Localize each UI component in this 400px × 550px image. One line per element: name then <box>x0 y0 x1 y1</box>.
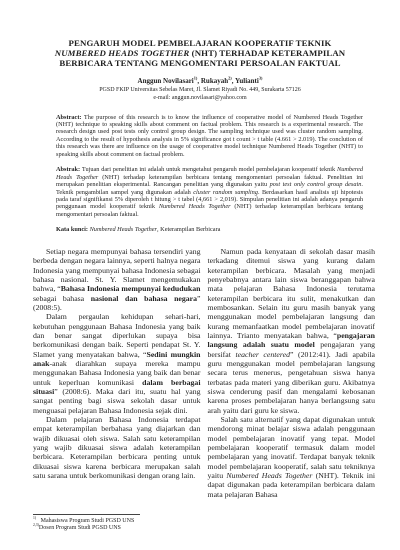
body-paragraph: Dalam pergaulan kehidupan sehari-hari, k… <box>33 312 201 415</box>
body-paragraph: Namun pada kenyataan di sekolah dasar ma… <box>208 247 376 415</box>
body-paragraph: Salah satu alternatif yang dapat digunak… <box>208 415 376 499</box>
abstract-english: Abstract: The purpose of this research i… <box>56 114 363 159</box>
article-body: Setiap negara mempunyai bahasa tersendir… <box>33 247 375 523</box>
paper-title: PENGARUH MODEL PEMBELAJARAN KOOPERATIF T… <box>46 38 354 68</box>
footnote-author: 1) Mahasiswa Program Studi PGSD UNS <box>33 518 140 525</box>
authors-line: Anggun Novilasari1), Rukayah2), Yulianti… <box>0 77 400 85</box>
keywords-line: Kata kunci: Numbered Heads Together, Ket… <box>56 226 363 233</box>
abstract-indonesian: Abstrak: Tujuan dari penelitian ini adal… <box>56 166 363 218</box>
footnotes-block: 1) Mahasiswa Program Studi PGSD UNS 2,3)… <box>33 514 140 532</box>
affiliation-line: PGSD FKIP Universitas Sebelas Maret, Jl.… <box>0 87 400 94</box>
right-column: Namun pada kenyataan di sekolah dasar ma… <box>208 247 376 523</box>
footnote-advisors: 2,3)Dosen Program Studi PGSD UNS <box>33 525 140 532</box>
footnote-divider <box>33 514 140 515</box>
body-paragraph: Setiap negara mempunyai bahasa tersendir… <box>33 247 201 312</box>
left-column: Setiap negara mempunyai bahasa tersendir… <box>33 247 201 523</box>
abstract-section: Abstract: The purpose of this research i… <box>56 114 363 234</box>
paper-header: PENGARUH MODEL PEMBELAJARAN KOOPERATIF T… <box>0 38 400 102</box>
paper-page: PENGARUH MODEL PEMBELAJARAN KOOPERATIF T… <box>0 0 400 550</box>
body-paragraph: Dalam pelajaran Bahasa Indonesia terdapa… <box>33 415 201 480</box>
email-line: e-mail: anggun.novilasari@yahoo.com <box>0 95 400 102</box>
